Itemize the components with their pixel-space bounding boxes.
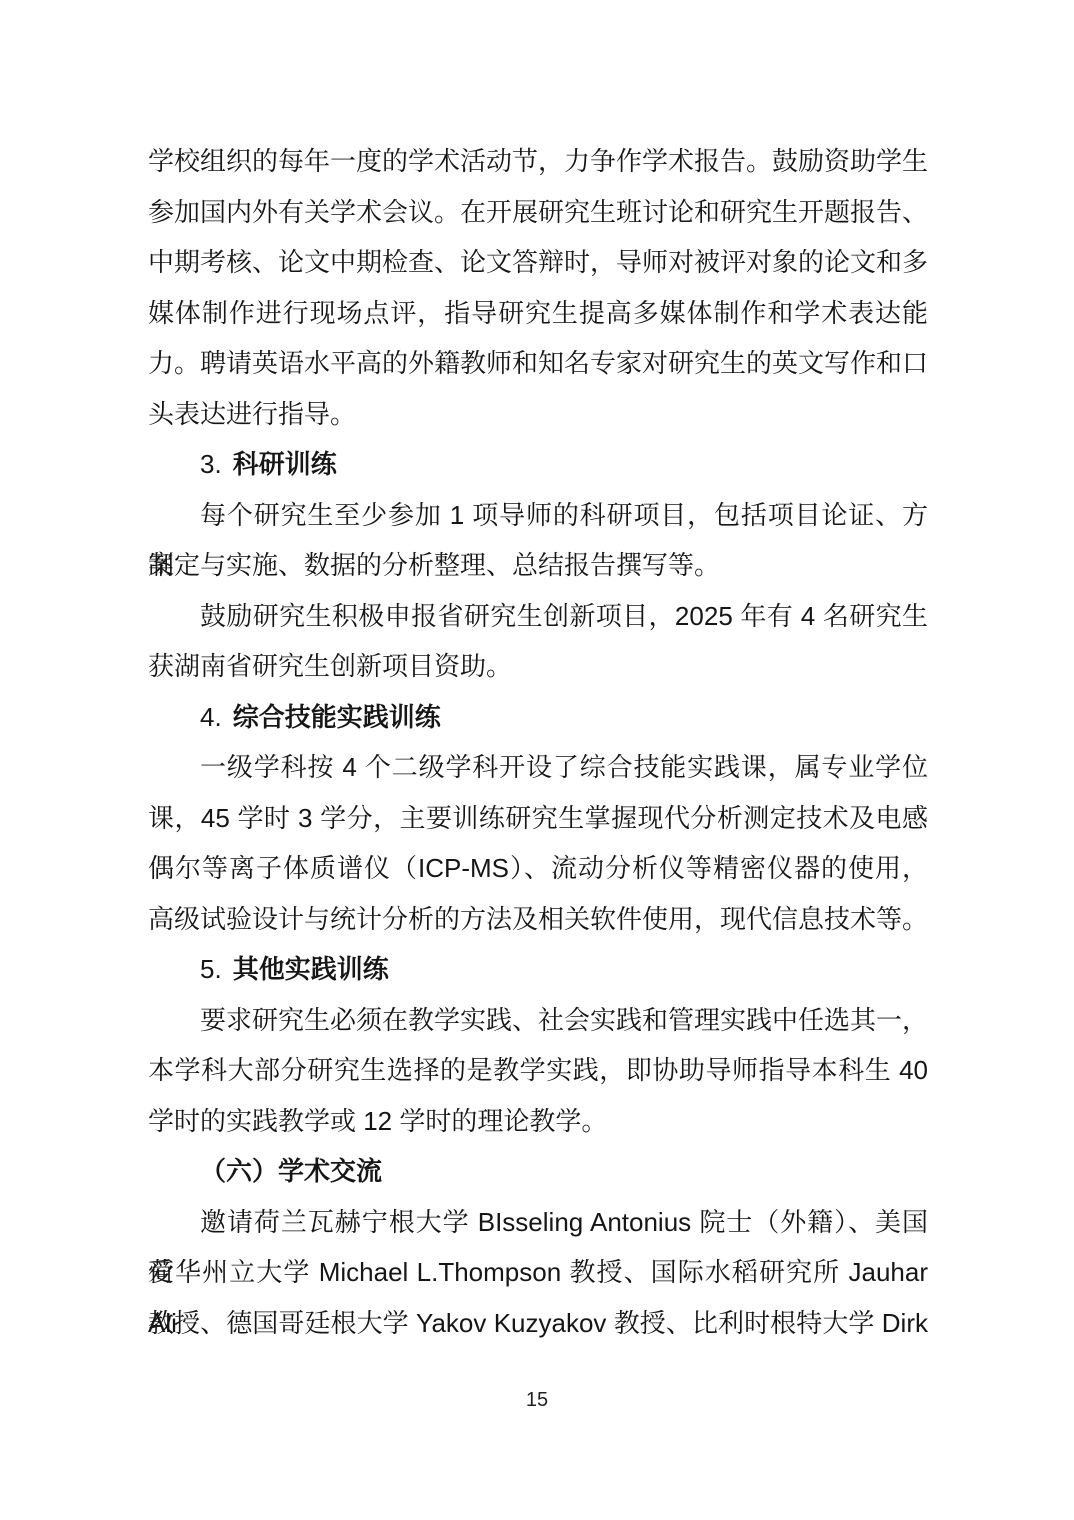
text-line: 参加国内外有关学术会议。在开展研究生班讨论和研究生开题报告、 [148, 187, 928, 238]
heading-label: 综合技能实践训练 [233, 702, 441, 732]
text-content: 学校组织的每年一度的学术活动节，力争作学术报告。鼓励资助学生 参加国内外有关学术… [148, 136, 928, 1348]
heading-label: （六）学术交流 [200, 1156, 382, 1186]
section-heading-other-practice: 5.其他实践训练 [148, 944, 928, 995]
text-line: 学校组织的每年一度的学术活动节，力争作学术报告。鼓励资助学生 [148, 136, 928, 187]
heading-number: 3. [200, 449, 222, 479]
section-heading-research-training: 3.科研训练 [148, 439, 928, 490]
text-line: 荷华州立大学 Michael L.Thompson 教授、国际水稻研究所 Jau… [148, 1247, 928, 1298]
section-heading-academic-exchange: （六）学术交流 [148, 1146, 928, 1197]
text-line: 一级学科按 4 个二级学科开设了综合技能实践课，属专业学位 [148, 742, 928, 793]
text-line: 媒体制作进行现场点评，指导研究生提高多媒体制作和学术表达能 [148, 288, 928, 339]
text-line: 教授、德国哥廷根大学 Yakov Kuzyakov 教授、比利时根特大学 Dir… [148, 1298, 928, 1349]
section-heading-comprehensive-skills: 4.综合技能实践训练 [148, 692, 928, 743]
text-line: 高级试验设计与统计分析的方法及相关软件使用，现代信息技术等。 [148, 894, 928, 945]
heading-label: 其他实践训练 [233, 954, 389, 984]
text-line: 课，45 学时 3 学分，主要训练研究生掌握现代分析测定技术及电感 [148, 793, 928, 844]
page-number: 15 [0, 1388, 1074, 1412]
text-line: 要求研究生必须在教学实践、社会实践和管理实践中任选其一， [148, 995, 928, 1046]
text-line: 本学科大部分研究生选择的是教学实践，即协助导师指导本科生 40 [148, 1045, 928, 1096]
text-line: 制定与实施、数据的分析整理、总结报告撰写等。 [148, 540, 928, 591]
text-line: 每个研究生至少参加 1 项导师的科研项目，包括项目论证、方案 [148, 490, 928, 541]
text-line: 邀请荷兰瓦赫宁根大学 BIsseling Antonius 院士（外籍）、美国爱 [148, 1197, 928, 1248]
text-line: 中期考核、论文中期检查、论文答辩时，导师对被评对象的论文和多 [148, 237, 928, 288]
text-line: 学时的实践教学或 12 学时的理论教学。 [148, 1096, 928, 1147]
text-line: 获湖南省研究生创新项目资助。 [148, 641, 928, 692]
document-page: 学校组织的每年一度的学术活动节，力争作学术报告。鼓励资助学生 参加国内外有关学术… [0, 0, 1074, 1520]
heading-label: 科研训练 [233, 449, 337, 479]
text-line: 力。聘请英语水平高的外籍教师和知名专家对研究生的英文写作和口 [148, 338, 928, 389]
text-line: 鼓励研究生积极申报省研究生创新项目，2025 年有 4 名研究生 [148, 591, 928, 642]
heading-number: 4. [200, 702, 222, 732]
heading-number: 5. [200, 954, 222, 984]
text-line: 头表达进行指导。 [148, 389, 928, 440]
text-line: 偶尔等离子体质谱仪（ICP-MS）、流动分析仪等精密仪器的使用， [148, 843, 928, 894]
